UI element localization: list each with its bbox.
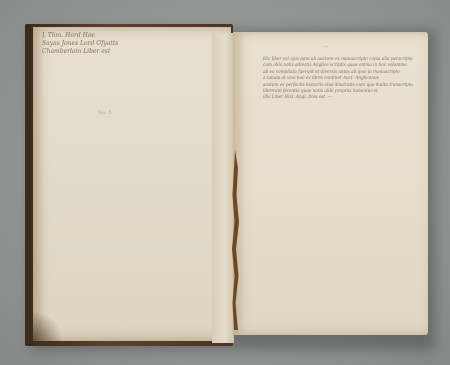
inscription-line: Sayas Jones Lord Ofyatts <box>42 40 118 48</box>
note-heading: — <box>324 43 328 48</box>
book-photograph: J. Thm. Hord Hoe Sayas Jones Lord Ofyatt… <box>0 0 450 365</box>
manuscript-note: Hic liber vel ejus pars ab auctore ex ma… <box>263 56 418 101</box>
inscription-line: J. Thm. Hord Hoe <box>42 32 118 40</box>
corner-wear <box>33 311 63 341</box>
pencil-mark: No. 5 <box>98 110 112 116</box>
front-pastedown <box>33 27 231 341</box>
note-line: illis Liber Hist. Angl. finis est. — <box>263 94 418 100</box>
note-line: cum aliis notis adiectis Anglice scripti… <box>263 62 418 68</box>
ownership-inscription: J. Thm. Hord Hoe Sayas Jones Lord Ofyatt… <box>42 32 118 56</box>
inscription-line: Chamberlain Liber est <box>42 48 118 56</box>
gutter-hinge <box>212 33 234 343</box>
